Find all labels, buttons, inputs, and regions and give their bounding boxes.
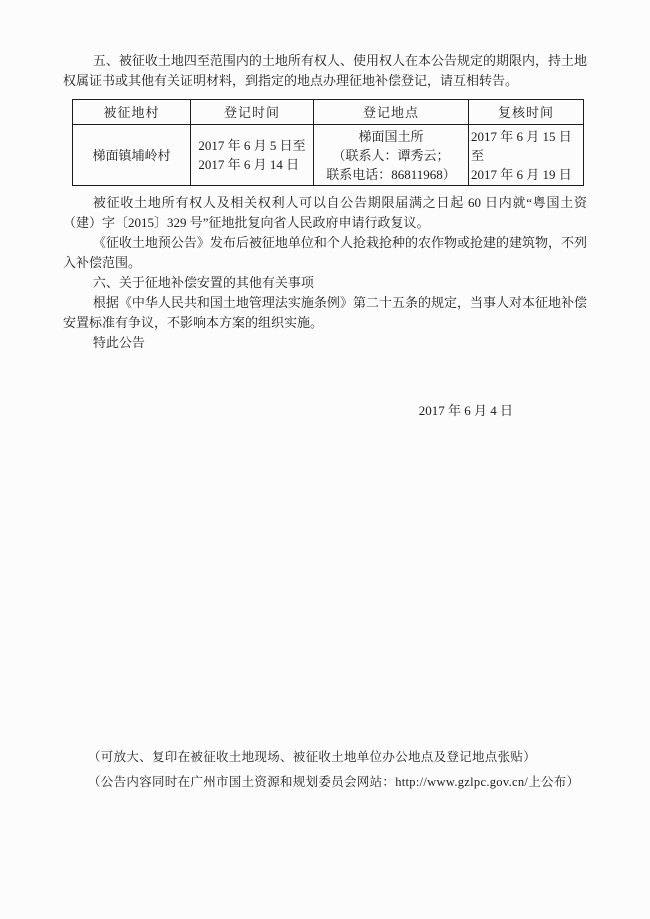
header-registration-place: 登记地点 bbox=[314, 100, 469, 125]
paragraph-regulation: 根据《中华人民共和国土地管理法实施条例》第二十五条的规定，当事人对本征地补偿安置… bbox=[63, 293, 587, 333]
cell-registration-period: 2017 年 6 月 5 日至 2017 年 6 月 14 日 bbox=[191, 125, 314, 186]
footnote-website: （公告内容同时在广州市国土资源和规划委员会网站：http://www.gzlpc… bbox=[88, 770, 579, 795]
table-header-row: 被征地村 登记时间 登记地点 复核时间 bbox=[73, 100, 584, 125]
header-village: 被征地村 bbox=[73, 100, 191, 125]
review-period-line-1: 2017 年 6 月 15 日至 bbox=[471, 127, 581, 165]
registration-period-line-1: 2017 年 6 月 5 日至 bbox=[198, 136, 305, 155]
table-row: 梯面镇埔岭村 2017 年 6 月 5 日至 2017 年 6 月 14 日 梯… bbox=[73, 125, 584, 186]
notice-body: 五、被征收土地四至范围内的土地所有权人、使用权人在本公告规定的期限内，持土地权属… bbox=[63, 51, 587, 421]
registration-place-line-3: 联系电话：86811968） bbox=[316, 165, 466, 184]
issue-date: 2017 年 6 月 4 日 bbox=[63, 401, 587, 421]
heading-section6: 六、关于征地补偿安置的其他有关事项 bbox=[63, 273, 587, 293]
registration-table: 被征地村 登记时间 登记地点 复核时间 梯面镇埔岭村 2017 年 6 月 5 … bbox=[72, 99, 584, 186]
review-period-line-2: 2017 年 6 月 19 日 bbox=[471, 165, 581, 184]
cell-village: 梯面镇埔岭村 bbox=[73, 125, 191, 186]
header-review-time: 复核时间 bbox=[469, 100, 584, 125]
registration-place-line-2: （联系人：谭秀云； bbox=[316, 146, 466, 165]
footnote-posting: （可放大、复印在被征收土地现场、被征收土地单位办公地点及登记地点张贴） bbox=[88, 745, 579, 770]
closing-statement: 特此公告 bbox=[63, 333, 587, 353]
registration-place-line-1: 梯面国土所 bbox=[316, 127, 466, 146]
cell-review-period: 2017 年 6 月 15 日至 2017 年 6 月 19 日 bbox=[469, 125, 584, 186]
cell-registration-place: 梯面国土所 （联系人：谭秀云； 联系电话：86811968） bbox=[314, 125, 469, 186]
header-registration-time: 登记时间 bbox=[191, 100, 314, 125]
document-page: 五、被征收土地四至范围内的土地所有权人、使用权人在本公告规定的期限内，持土地权属… bbox=[0, 0, 650, 919]
registration-period-line-2: 2017 年 6 月 14 日 bbox=[198, 155, 305, 174]
paragraph-appeal: 被征收土地所有权人及相关权利人可以自公告期限届满之日起 60 日内就“粤国土资（… bbox=[63, 193, 587, 233]
paragraph-preannouncement: 《征收土地预公告》发布后被征地单位和个人抢栽抢种的农作物或抢建的建筑物，不列入补… bbox=[63, 233, 587, 273]
paragraph-section5: 五、被征收土地四至范围内的土地所有权人、使用权人在本公告规定的期限内，持土地权属… bbox=[63, 51, 587, 91]
footnotes: （可放大、复印在被征收土地现场、被征收土地单位办公地点及登记地点张贴） （公告内… bbox=[88, 745, 579, 795]
